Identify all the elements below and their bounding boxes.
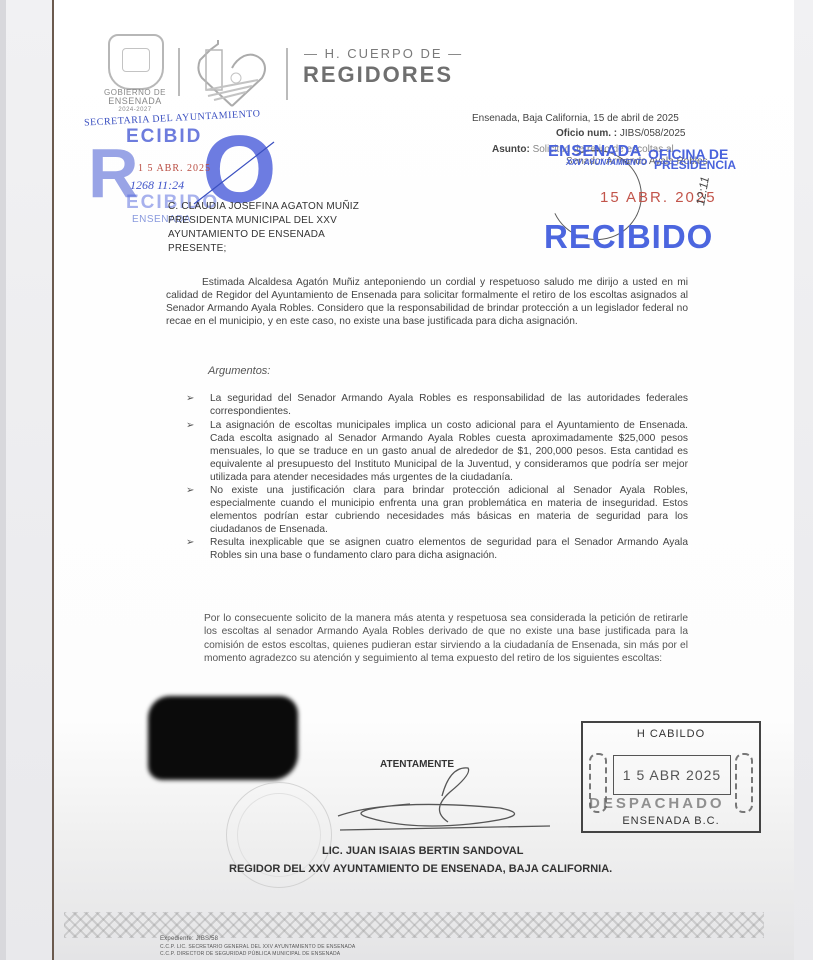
page-edge-line [52,0,54,960]
stamp-cabildo: H CABILDO 1 5 ABR 2025 DESPACHADO ENSENA… [581,721,761,833]
stamp-cabildo-city: ENSENADA B.C. [583,815,759,827]
stamp-handwritten-folio: 1268 11:24 [130,178,184,193]
header-subtitle: — H. CUERPO DE — [304,46,463,61]
recipient-line-3: AYUNTAMIENTO DE ENSENADA [168,229,325,240]
header-divider [178,48,180,96]
place-date: Ensenada, Baja California, 15 de abril d… [472,113,679,124]
recipient-line-2: PRESIDENTA MUNICIPAL DEL XXV [168,215,337,226]
arguments-list: ➢ La seguridad del Senador Armando Ayala… [186,392,688,562]
stamp-cabildo-title: H CABILDO [583,728,759,740]
signature-icon [330,760,560,840]
argument-item: ➢ Resulta inexplicable que se asignen cu… [186,536,688,562]
argument-text: La seguridad del Senador Armando Ayala R… [210,393,688,417]
header-title: REGIDORES [303,62,453,88]
oficio-value: JIBS/058/2025 [620,128,686,139]
oficio-number: Oficio num. : JIBS/058/2025 [556,128,686,139]
footer-decorative-pattern [64,912,764,938]
arrow-bullet-icon: ➢ [186,484,194,497]
signer-role: REGIDOR DEL XXV AYUNTAMIENTO DE ENSENADA… [229,863,612,875]
signer-name: LIC. JUAN ISAIAS BERTIN SANDOVAL [322,845,523,857]
argument-item: ➢ La seguridad del Senador Armando Ayala… [186,392,688,418]
stamp-cabildo-date: 1 5 ABR 2025 [614,767,730,783]
recipient-line-1: C. CLAUDIA JOSEFINA AGATON MUÑIZ [168,201,359,212]
arrow-bullet-icon: ➢ [186,419,194,432]
footer-note-2: C.C.P. LIC. SECRETARIO GENERAL DEL XXV A… [160,944,355,950]
argument-item: ➢ No existe una justificación clara para… [186,484,688,536]
intro-paragraph: Estimada Alcaldesa Agatón Muñiz anteponi… [166,276,688,328]
arguments-title: Argumentos: [208,365,270,377]
stamp-cabildo-date-box: 1 5 ABR 2025 [613,755,731,795]
logo-caption: GOBIERNO DE ENSENADA 2024-2027 [100,88,170,115]
asunto-label: Asunto: [492,144,530,155]
background-edge [0,0,6,960]
stamp-side-ornament-icon [735,753,753,813]
stamp-cabildo-word: DESPACHADO [589,795,725,812]
recipient-line-4: PRESENTE; [168,243,226,254]
header-divider [286,48,288,100]
heart-logo-icon [196,40,268,108]
stamp-presidencia-left-sub: XXV AYUNTAMIENTO [566,158,647,167]
footer-note-3: C.C.P. DIRECTOR DE SEGURIDAD PÚBLICA MUN… [160,951,340,957]
arrow-bullet-icon: ➢ [186,536,194,549]
argument-text: Resulta inexplicable que se asignen cuat… [210,537,688,561]
ensenada-shield-logo-icon [108,34,164,90]
argument-item: ➢ La asignación de escoltas municipales … [186,419,688,484]
arrow-bullet-icon: ➢ [186,392,194,405]
footer-note-1: Expediente: JIBS/58 [160,936,218,942]
handwritten-stroke-icon [190,138,280,208]
argument-text: La asignación de escoltas municipales im… [210,420,688,483]
stamp-presidencia-right-sub: PRESIDENCIA [654,158,736,172]
oficio-label: Oficio num. : [556,128,617,139]
argument-text: No existe una justificación clara para b… [210,485,688,535]
stamp-presidencia-recibido: RECIBIDO [544,218,713,256]
closing-paragraph: Por lo consecuente solicito de la manera… [204,612,688,666]
logo-caption-line: ENSENADA [100,97,170,106]
redacted-escort-list [148,696,298,780]
